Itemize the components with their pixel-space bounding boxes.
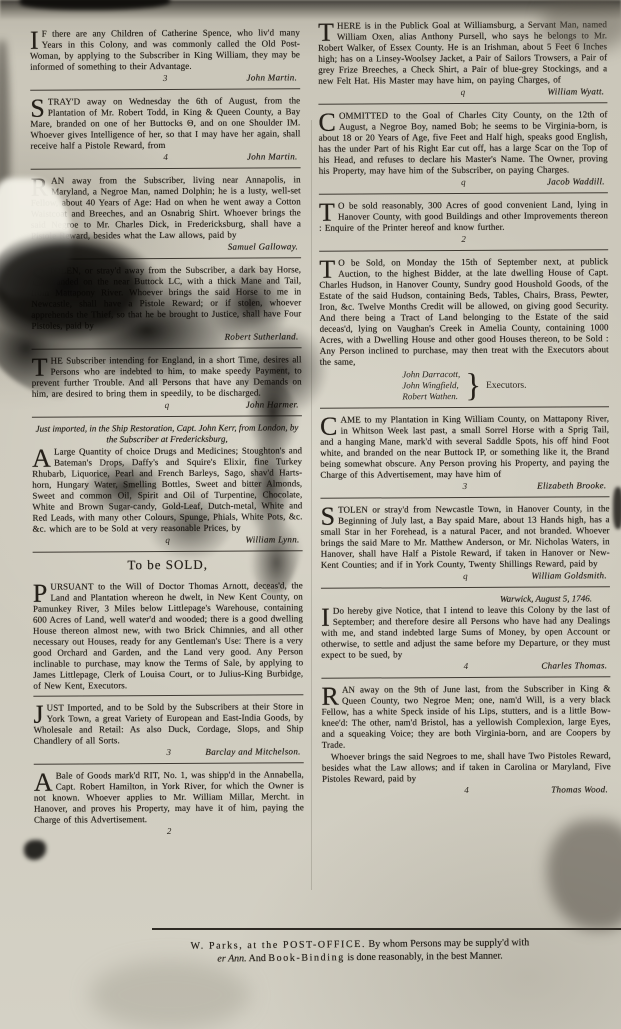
- executors-label: Executors.: [486, 380, 526, 390]
- ad-dateline: Warwick, August 5, 1746.: [321, 593, 610, 605]
- signature: John Martin.: [247, 151, 298, 161]
- executor-name: John Darracott,: [402, 369, 460, 380]
- signature-row: 3Barclay and Mitchelson.: [34, 746, 304, 759]
- ink-mark-right-edge: [613, 487, 621, 529]
- drop-cap: C: [318, 111, 339, 133]
- advertisement: TO be sold reasonably, 300 Acres of good…: [319, 192, 608, 251]
- ad-text: ABale of Goods mark'd RIT, No. 1, was sh…: [34, 769, 304, 825]
- printer-mark: 2: [34, 825, 304, 836]
- signature: William Wyatt.: [547, 86, 604, 96]
- signature-row: 4Thomas Wood.: [322, 784, 611, 798]
- signature: Elizabeth Brooke.: [537, 480, 606, 490]
- advertisement: JUST Imported, and to be Sold by the Sub…: [33, 694, 303, 763]
- signature-row: qJacob Waddill.: [319, 176, 608, 190]
- advertisement: TO be Sold, on Monday the 15th of Septem…: [319, 249, 609, 408]
- printer-name: W. Parks, at the POST-OFFICE.: [191, 939, 367, 952]
- column-divider: [311, 120, 312, 890]
- drop-cap: P: [33, 582, 51, 604]
- signature-row: 2: [34, 825, 304, 838]
- signature: Barclay and Mitchelson.: [205, 746, 300, 756]
- footer-text: By whom Persons may be supply'd with: [368, 937, 529, 950]
- executor-name: Robert Wathen.: [402, 391, 460, 402]
- footer-subscription: er Ann.: [217, 953, 246, 964]
- ad-text: TO be sold reasonably, 300 Acres of good…: [319, 199, 608, 234]
- advertisement: CAME to my Plantation in King William Co…: [320, 406, 609, 498]
- stain-bottom-right: [547, 820, 621, 930]
- drop-cap: T: [318, 21, 337, 43]
- signature: Samuel Galloway.: [228, 241, 298, 251]
- footer-rule: [152, 928, 621, 930]
- drop-cap: J: [33, 703, 46, 725]
- advertisement: COMMITTED to the Goal of Charles City Co…: [318, 102, 607, 194]
- executor-names: John Darracott,John Wingfield,Robert Wat…: [402, 369, 460, 402]
- drop-cap: I: [321, 606, 333, 628]
- ink-smear-vertical: [238, 380, 308, 595]
- advertisement: ABale of Goods mark'd RIT, No. 1, was sh…: [34, 762, 304, 842]
- advertisement: RAN away on the 9th of June last, from t…: [321, 676, 611, 802]
- drop-cap: I: [30, 29, 42, 51]
- signature-row: qWilliam Goldsmith.: [321, 570, 610, 584]
- drop-cap: A: [34, 771, 56, 793]
- drop-cap: T: [319, 201, 338, 223]
- ink-spot: [24, 840, 46, 860]
- signature-row: 4John Martin.: [31, 151, 301, 164]
- signature-row: 4Charles Thomas.: [321, 660, 610, 674]
- ad-text: RAN away on the 9th of June last, from t…: [321, 683, 610, 751]
- ad-text: IDo hereby give Notice, that I intend to…: [321, 604, 610, 661]
- drop-cap: A: [32, 447, 54, 469]
- ad-text: CAME to my Plantation in King William Co…: [320, 413, 609, 481]
- ad-text: JUST Imported, and to be Sold by the Sub…: [33, 701, 303, 746]
- printer-mark: 2: [319, 233, 608, 245]
- signature: Thomas Wood.: [551, 784, 608, 794]
- signature: Charles Thomas.: [541, 660, 607, 670]
- drop-cap: R: [321, 685, 342, 707]
- footer-text-end: is done reasonably, in the best Manner.: [347, 951, 503, 964]
- signature: John Martin.: [247, 72, 298, 82]
- drop-cap: S: [321, 505, 339, 527]
- signature-row: 3Elizabeth Brooke.: [320, 480, 609, 494]
- drop-cap: S: [30, 97, 48, 119]
- signature: Jacob Waddill.: [547, 176, 605, 186]
- stain-bottom: [90, 960, 250, 1029]
- footer-and: And: [249, 953, 266, 964]
- advertisement: Warwick, August 5, 1746.IDo hereby give …: [321, 586, 610, 678]
- signature-row: qWilliam Wyatt.: [318, 86, 607, 100]
- advertisement: PURSUANT to the Will of Doctor Thomas Ar…: [33, 574, 304, 695]
- signature-row: 3John Martin.: [30, 72, 300, 85]
- advertisement: STOLEN or stray'd from Newcastle Town, i…: [320, 496, 609, 588]
- newspaper-page: IF there are any Children of Catherine S…: [0, 0, 621, 1029]
- signature: William Goldsmith.: [531, 570, 606, 580]
- ad-text: COMMITTED to the Goal of Charles City Co…: [318, 109, 607, 177]
- advertisement: STRAY'D away on Wednesday the 6th of Aug…: [30, 88, 300, 168]
- drop-cap: C: [320, 415, 341, 437]
- brace-glyph: }: [465, 370, 481, 400]
- ad-text-continued: Whoever brings the said Negroes to me, s…: [322, 750, 611, 785]
- executors-block: John Darracott,John Wingfield,Robert Wat…: [320, 366, 609, 404]
- ad-text: STOLEN or stray'd from Newcastle Town, i…: [321, 503, 610, 571]
- right-column: THERE is in the Publick Goal at Williams…: [318, 13, 611, 802]
- ad-text: TO be Sold, on Monday the 15th of Septem…: [319, 256, 609, 368]
- ad-text: STRAY'D away on Wednesday the 6th of Aug…: [30, 95, 300, 151]
- advertisement: IF there are any Children of Catherine S…: [30, 21, 300, 89]
- ad-text: IF there are any Children of Catherine S…: [30, 27, 300, 72]
- bookbinding-label: Book-Binding: [268, 952, 345, 964]
- signature-row: 2: [319, 233, 608, 247]
- ad-text: PURSUANT to the Will of Doctor Thomas Ar…: [33, 580, 304, 691]
- executor-name: John Wingfield,: [402, 380, 460, 391]
